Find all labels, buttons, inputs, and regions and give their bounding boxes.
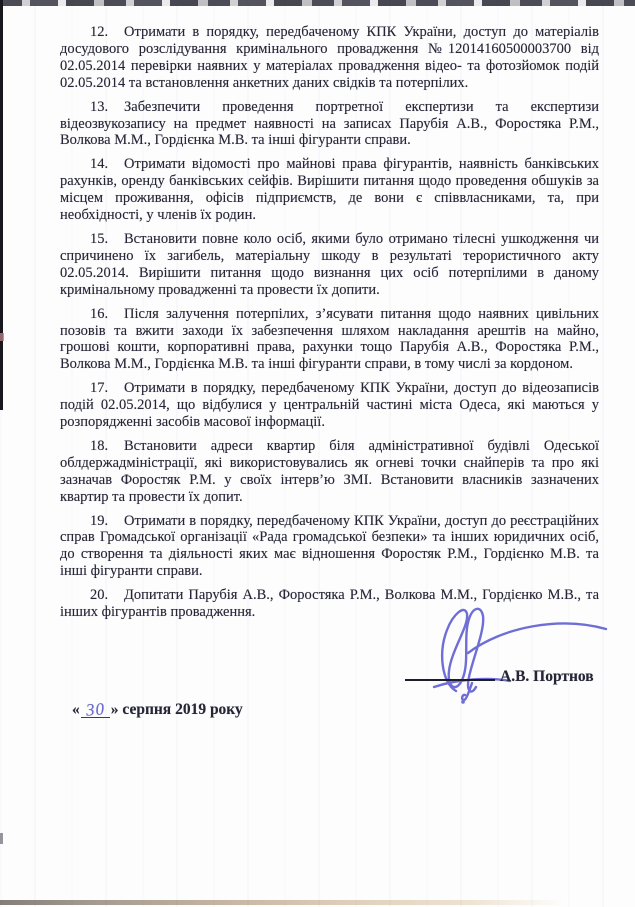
paragraph-list: 12.Отримати в порядку, передбаченому КПК… (60, 24, 599, 621)
date-day-underline: 30 (81, 702, 110, 718)
paragraph-number: 20. (90, 587, 124, 604)
date-open-quote: « (72, 701, 80, 718)
signature-line (405, 679, 495, 681)
paragraph-19: 19.Отримати в порядку, передбаченому КПК… (60, 513, 599, 581)
scan-speck-gray (0, 833, 3, 844)
scanned-document-page: 12.Отримати в порядку, передбаченому КПК… (0, 0, 635, 907)
signature-scribble-icon (410, 599, 620, 707)
paragraph-number: 15. (90, 231, 124, 248)
date-text: серпня 2019 року (122, 701, 242, 718)
scan-bottom-edge-artifact (0, 900, 565, 905)
paragraph-18: 18.Встановити адреси квартир біля адміні… (60, 438, 599, 506)
scan-top-edge-artifact (0, 0, 635, 6)
paragraph-number: 18. (90, 438, 124, 455)
paragraph-15: 15.Встановити повне коло осіб, якими бул… (60, 231, 599, 299)
handwritten-day: 30 (85, 702, 105, 718)
signatory-name: А.В. Портнов (500, 668, 594, 686)
paragraph-number: 12. (90, 24, 124, 41)
paragraph-number: 14. (90, 156, 124, 173)
date-close-quote: » (111, 701, 119, 718)
scan-left-edge-artifact (0, 0, 3, 410)
paragraph-number: 16. (90, 306, 124, 323)
paragraph-16: 16.Після залучення потерпілих, з’ясувати… (60, 306, 599, 374)
paragraph-number: 19. (90, 513, 124, 530)
document-content: 12.Отримати в порядку, передбаченому КПК… (60, 24, 599, 719)
paragraph-number: 13. (90, 99, 124, 116)
scan-speck-red (0, 333, 4, 341)
paragraph-13: 13.Забезпечити проведення портретної екс… (60, 99, 599, 150)
paragraph-number: 17. (90, 380, 124, 397)
paragraph-17: 17.Отримати в порядку, передбаченому КПК… (60, 380, 599, 431)
paragraph-12: 12.Отримати в порядку, передбаченому КПК… (60, 24, 599, 92)
paragraph-14: 14.Отримати відомості про майнові права … (60, 156, 599, 224)
signature-block: А.В. Портнов (60, 635, 599, 693)
